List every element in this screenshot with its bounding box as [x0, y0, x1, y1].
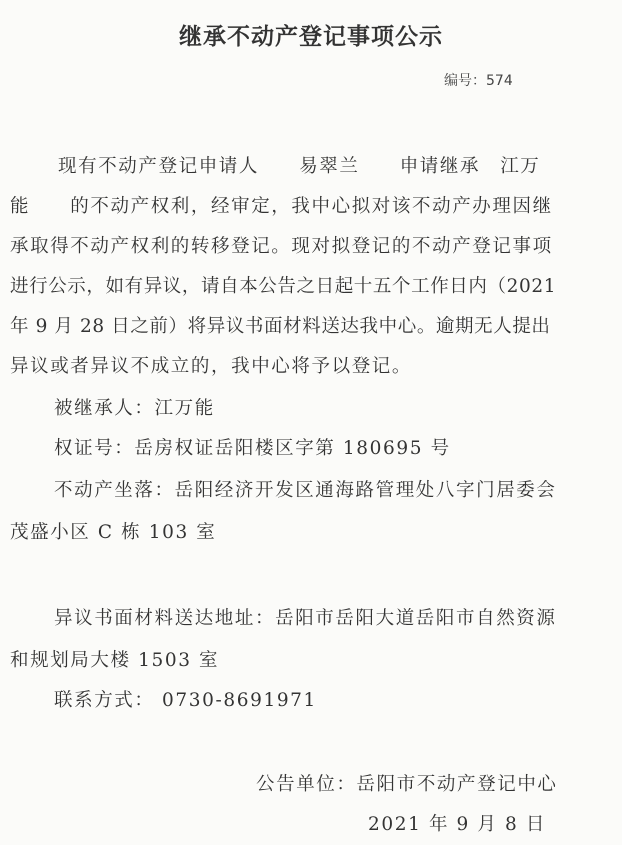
objection-address-label: 异议书面材料送达地址： [54, 608, 275, 629]
contact-value: 0730-8691971 [162, 690, 317, 711]
issuer-row: 公告单位：岳阳市不动产登记中心 [256, 770, 558, 796]
body-line-6: 异议或者异议不成立的，我中心将予以登记。 [10, 352, 412, 378]
certificate-row: 权证号：岳房权证岳阳楼区字第 180695 号 [54, 434, 451, 460]
contact-row: 联系方式： 0730-8691971 [54, 686, 317, 712]
page-title: 继承不动产登记事项公示 [0, 18, 622, 51]
issue-date: 2021 年 9 月 8 日 [368, 810, 546, 836]
certificate-value: 岳房权证岳阳楼区字第 180695 号 [134, 438, 450, 459]
body-line-3: 承取得不动产权利的转移登记。现对拟登记的不动产登记事项 [10, 232, 553, 258]
contact-label: 联系方式： [54, 690, 155, 711]
objection-address-line2: 和规划局大楼 1503 室 [10, 646, 219, 672]
issuer-value: 岳阳市不动产登记中心 [357, 774, 558, 795]
location-line2: 茂盛小区 C 栋 103 室 [10, 518, 216, 544]
decedent-value: 江万能 [155, 398, 215, 419]
location-label: 不动产坐落： [54, 480, 175, 501]
body-line-1: 现有不动产登记申请人 易翠兰 申请继承 江万 [58, 152, 540, 178]
body-line-4: 进行公示，如有异议，请自本公告之日起十五个工作日内（2021 [10, 272, 556, 298]
certificate-label: 权证号： [54, 438, 134, 459]
notice-page: 继承不动产登记事项公示 编号：574 现有不动产登记申请人 易翠兰 申请继承 江… [0, 0, 622, 845]
objection-address-line1: 岳阳市岳阳大道岳阳市自然资源 [275, 608, 556, 629]
serial-value: 574 [486, 73, 513, 89]
serial-number: 编号：574 [444, 70, 513, 90]
serial-label: 编号： [444, 73, 486, 89]
location-row: 不动产坐落：岳阳经济开发区通海路管理处八字门居委会 [54, 476, 557, 502]
body-line-2: 能 的不动产权利，经审定，我中心拟对该不动产办理因继 [10, 192, 553, 218]
objection-address-row: 异议书面材料送达地址：岳阳市岳阳大道岳阳市自然资源 [54, 604, 557, 630]
decedent-row: 被继承人：江万能 [54, 394, 215, 420]
decedent-label: 被继承人： [54, 398, 155, 419]
location-line1: 岳阳经济开发区通海路管理处八字门居委会 [175, 480, 557, 501]
issuer-label: 公告单位： [256, 774, 357, 795]
body-line-5: 年 9 月 28 日之前）将异议书面材料送达我中心。逾期无人提出 [10, 312, 551, 338]
